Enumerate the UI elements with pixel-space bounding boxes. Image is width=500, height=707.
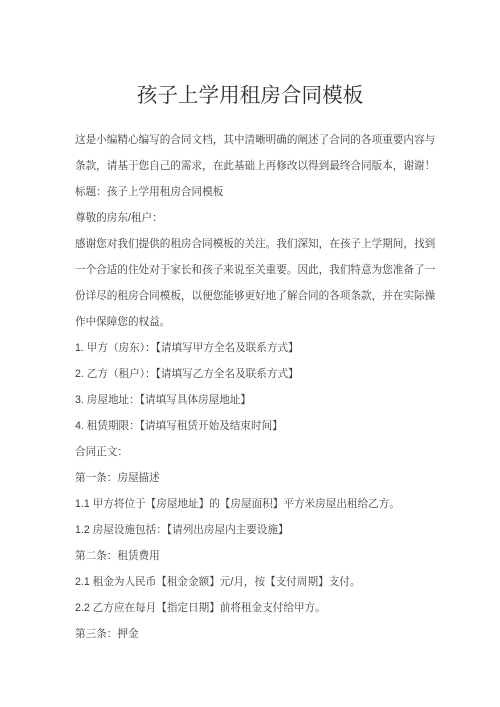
document-subtitle-line: 标题：孩子上学用租房合同模板: [75, 179, 435, 205]
article-3-heading: 第三条：押金: [75, 621, 435, 647]
party-item-lease-term: 4. 租赁期限：【请填写租赁开始及结束时间】: [75, 413, 435, 439]
document-title: 孩子上学用租房合同模板: [0, 81, 500, 111]
intro-line-2: 一个合适的住处对于家长和孩子来说至关重要。因此，我们特意为您准备了一: [75, 257, 435, 283]
intro-line-4: 作中保障您的权益。: [75, 309, 435, 335]
article-1-heading: 第一条：房屋描述: [75, 465, 435, 491]
article-1-clause-2: 1.2 房屋设施包括：【请列出房屋内主要设施】: [75, 517, 435, 543]
party-item-landlord: 1. 甲方（房东）：【请填写甲方全名及联系方式】: [75, 335, 435, 361]
editor-note-line-2: 条款，请基于您自己的需求，在此基础上再修改以得到最终合同版本，谢谢！: [75, 153, 435, 179]
article-1-clause-1: 1.1 甲方将位于【房屋地址】的【房屋面积】平方米房屋出租给乙方。: [75, 491, 435, 517]
intro-line-1: 感谢您对我们提供的租房合同模板的关注。我们深知，在孩子上学期间，找到: [75, 231, 435, 257]
party-item-address: 3. 房屋地址：【请填写具体房屋地址】: [75, 387, 435, 413]
party-item-tenant: 2. 乙方（租户）：【请填写乙方全名及联系方式】: [75, 361, 435, 387]
salutation-line: 尊敬的房东/租户：: [75, 205, 435, 231]
intro-line-3: 份详尽的租房合同模板，以便您能够更好地了解合同的各项条款，并在实际操: [75, 283, 435, 309]
editor-note-line-1: 这是小编精心编写的合同文档，其中清晰明确的阐述了合同的各项重要内容与: [75, 127, 435, 153]
document-body: 这是小编精心编写的合同文档，其中清晰明确的阐述了合同的各项重要内容与 条款，请基…: [75, 127, 435, 647]
article-2-clause-1: 2.1 租金为人民币【租金金额】元/月，按【支付周期】支付。: [75, 569, 435, 595]
article-2-clause-2: 2.2 乙方应在每月【指定日期】前将租金支付给甲方。: [75, 595, 435, 621]
contract-document-page: 孩子上学用租房合同模板 这是小编精心编写的合同文档，其中清晰明确的阐述了合同的各…: [0, 0, 500, 707]
article-2-heading: 第二条：租赁费用: [75, 543, 435, 569]
contract-body-label: 合同正文：: [75, 439, 435, 465]
